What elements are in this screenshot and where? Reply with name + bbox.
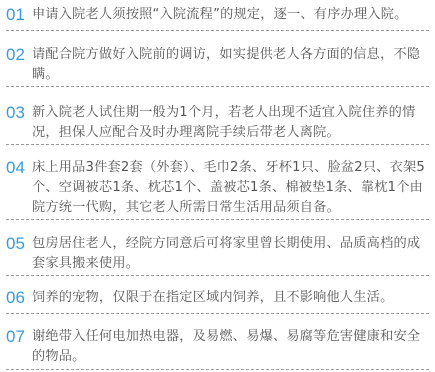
- dashed-divider: [6, 313, 429, 314]
- rule-item-04: 04 床上用品3件套2套（外套）、毛巾2条、牙杯1只、脸盆2只、衣架5个、空调被…: [0, 158, 435, 218]
- rule-number: 06: [6, 288, 25, 308]
- dashed-divider: [6, 275, 429, 276]
- rule-text: 新入院老人试住期一般为1个月，若老人出现不适宜入院住养的情况，担保人应配合及时办…: [32, 103, 429, 143]
- rule-number: 01: [6, 5, 25, 25]
- rule-item-07: 07 谢绝带入任何电加热电器，及易燃、易爆、易腐等危害健康和安全的物品。: [0, 327, 435, 367]
- rule-number: 04: [6, 158, 25, 178]
- dashed-divider: [6, 369, 429, 370]
- rule-text: 谢绝带入任何电加热电器，及易燃、易爆、易腐等危害健康和安全的物品。: [32, 327, 429, 367]
- rule-text: 申请入院老人须按照“入院流程”的规定，逐一、有序办理入院。: [32, 5, 429, 25]
- rule-item-03: 03 新入院老人试住期一般为1个月，若老人出现不适宜入院住养的情况，担保人应配合…: [0, 103, 435, 143]
- rule-text: 床上用品3件套2套（外套）、毛巾2条、牙杯1只、脸盆2只、衣架5个、空调被芯1条…: [32, 158, 429, 218]
- rule-item-06: 06 饲养的宠物，仅限于在指定区域内饲养，且不影响他人生活。: [0, 288, 435, 308]
- dashed-divider: [6, 144, 429, 145]
- rule-text: 饲养的宠物，仅限于在指定区域内饲养，且不影响他人生活。: [32, 288, 429, 308]
- rule-text: 包房居住老人，经院方同意后可将家里曾长期使用、品质高档的成套家具搬来使用。: [32, 234, 429, 274]
- rule-text: 请配合院方做好入院前的调访，如实提供老人各方面的信息，不隐瞒。: [32, 45, 429, 85]
- rule-item-02: 02 请配合院方做好入院前的调访，如实提供老人各方面的信息，不隐瞒。: [0, 45, 435, 85]
- rule-number: 02: [6, 45, 25, 65]
- rule-number: 03: [6, 103, 25, 123]
- rule-item-01: 01 申请入院老人须按照“入院流程”的规定，逐一、有序办理入院。: [0, 5, 435, 25]
- dashed-divider: [6, 30, 429, 31]
- dashed-divider: [6, 219, 429, 220]
- rule-item-05: 05 包房居住老人，经院方同意后可将家里曾长期使用、品质高档的成套家具搬来使用。: [0, 234, 435, 274]
- rule-number: 07: [6, 327, 25, 347]
- dashed-divider: [6, 86, 429, 87]
- admission-rules-list: 01 申请入院老人须按照“入院流程”的规定，逐一、有序办理入院。 02 请配合院…: [0, 0, 435, 372]
- rule-number: 05: [6, 234, 25, 254]
